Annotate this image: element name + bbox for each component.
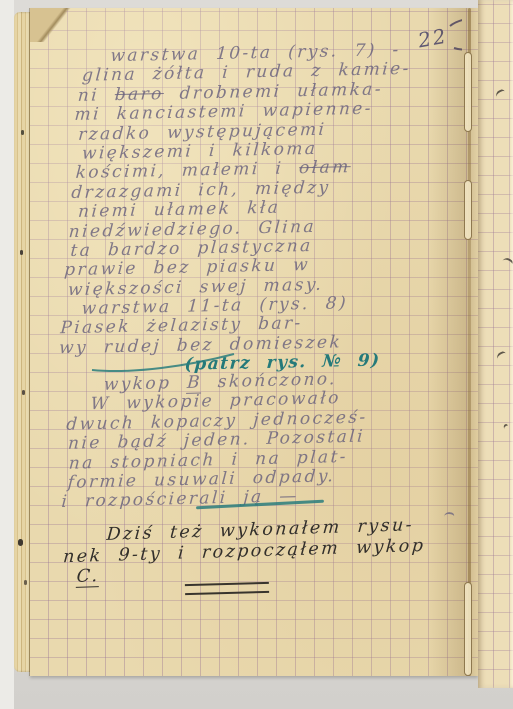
layer-description-block: warstwa 10-ta (rys. 7) - glina żółta i r… (49, 39, 476, 378)
paper-specks (20, 250, 23, 255)
binding-thread (464, 582, 472, 676)
binding-thread (464, 52, 472, 132)
closing-double-rule (185, 582, 269, 595)
notebook-scan: 22 warstwa 10-ta (rys. 7) - glina żółta … (0, 0, 513, 709)
diary-entry-block: Dziś też wykonałem rysu- nek 9-ty i rozp… (58, 514, 467, 588)
underlined-letter: C. (76, 566, 101, 588)
facing-page-sliver (478, 0, 513, 688)
struck-word: baro (114, 84, 164, 105)
binding-thread (464, 180, 472, 240)
corner-fold (30, 8, 82, 42)
teal-swoosh-line (88, 348, 238, 374)
excavation-note-block: wykop B skończono. W wykopie pracowało d… (56, 367, 469, 513)
struck-word: ołam (298, 157, 351, 178)
